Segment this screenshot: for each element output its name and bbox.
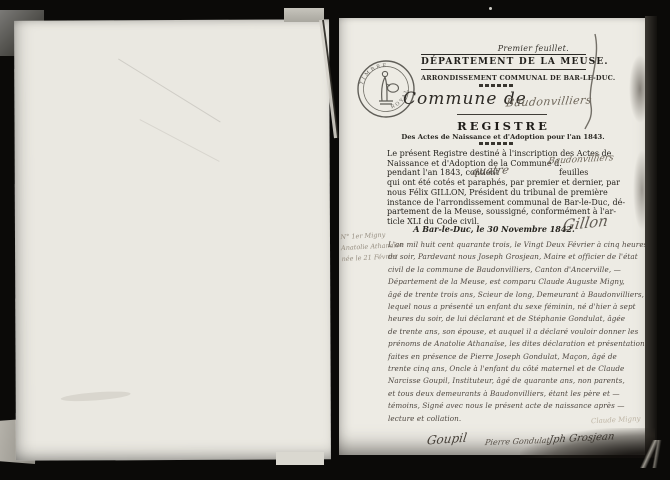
bottom-right-streak xyxy=(634,440,670,468)
act-line: âgé de trente trois ans, Scieur de long,… xyxy=(388,290,648,299)
edge-blotch xyxy=(633,150,651,230)
ornament-divider xyxy=(479,84,513,87)
register-title-page: Premier feuillet. DÉPARTEMENT DE LA MEUS… xyxy=(339,18,647,455)
header-rule xyxy=(421,69,586,70)
act-line: civil de la commune de Baudonvilliers, C… xyxy=(388,265,648,274)
act-line: prénoms de Anatolie Athanaïse, les dites… xyxy=(388,339,648,348)
act-line: Département de la Meuse, est comparu Cla… xyxy=(388,277,648,286)
arrondissement-title: ARRONDISSEMENT COMMUNAL DE BAR-LE-DUC. xyxy=(421,74,586,82)
witness-signature: Goupil xyxy=(426,431,468,448)
premier-feuillet-label: Premier feuillet. xyxy=(498,44,569,53)
ornament-divider xyxy=(479,142,513,145)
act-line: du soir, Pardevant nous Joseph Grosjean,… xyxy=(388,252,648,261)
department-title: DÉPARTEMENT DE LA MEUSE. xyxy=(421,57,586,67)
act-line: lequel nous a présenté un enfant du sexe… xyxy=(388,302,648,311)
paragraph-line: qui ont été cotés et paraphés, par premi… xyxy=(387,178,613,187)
paragraph-line: nous Félix GILLON, Président du tribunal… xyxy=(387,188,613,197)
faint-signature: Claude Migny xyxy=(591,415,641,426)
paragraph-line: instance de l'arrondissement communal de… xyxy=(387,198,613,207)
archival-scan: Premier feuillet. DÉPARTEMENT DE LA MEUS… xyxy=(0,0,670,480)
act-line: et tous deux demeurants à Baudonvilliers… xyxy=(388,389,648,398)
act-line: faites en présence de Pierre Joseph Gond… xyxy=(388,352,648,361)
dateline: A Bar-le-Duc, le 30 Novembre 1842. xyxy=(399,224,589,234)
commune-name-handwritten: Baudonvilliers xyxy=(505,93,593,109)
gillon-signature: Gillon xyxy=(562,211,609,234)
edge-blotch xyxy=(629,55,651,123)
act-line: trente cinq ans, Oncle à l'enfant du côt… xyxy=(388,364,648,373)
commune-underline xyxy=(457,114,547,115)
svg-text:TIMBRE: TIMBRE xyxy=(359,63,388,86)
act-line: de trente ans, son épouse, et auquel il … xyxy=(388,327,648,336)
registre-title: REGISTRE xyxy=(421,119,586,133)
act-line: L'an mil huit cent quarante trois, le Vi… xyxy=(388,240,648,249)
header-rule xyxy=(421,54,586,55)
paragraph-word-feuilles: feuilles xyxy=(559,168,588,177)
registre-subtitle: Des Actes de Naissance et d'Adoption pou… xyxy=(391,133,615,141)
handwritten-paraph-stroke xyxy=(581,32,605,132)
act-line: témoins, Signé avec nous le présent acte… xyxy=(388,401,648,410)
act-line: heures du soir, de lui déclarant et de S… xyxy=(388,314,648,323)
act-line: Narcisse Goupil, Instituteur, âgé de qua… xyxy=(388,376,648,385)
handwritten-quatre-insert: quatre xyxy=(471,163,511,177)
